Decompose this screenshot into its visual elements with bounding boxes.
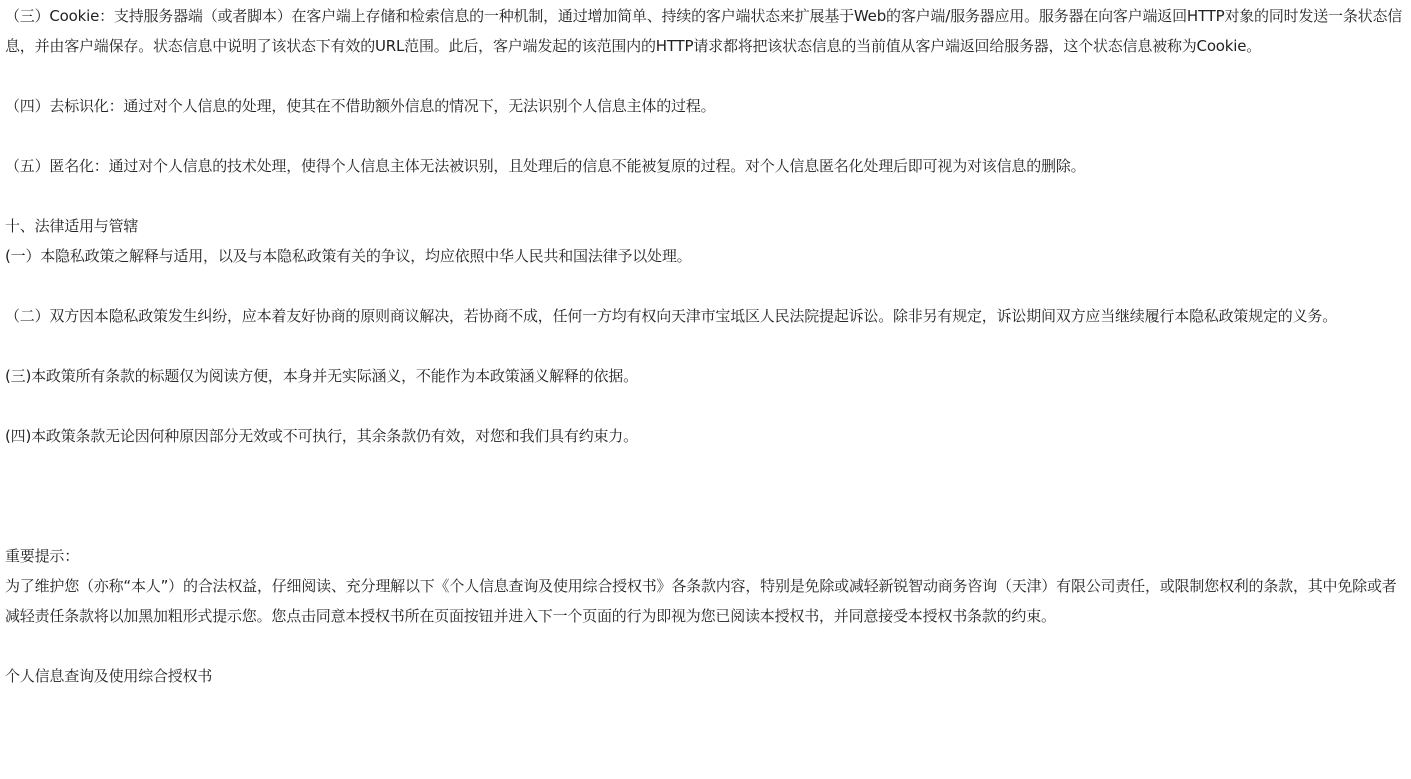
important-notice-text: 为了维护您（亦称“本人”）的合法权益，仔细阅读、充分理解以下《个人信息查询及使用… [5, 571, 1407, 631]
spacer [5, 451, 1407, 541]
deidentification-definition: （四）去标识化：通过对个人信息的处理，使其在不借助额外信息的情况下，无法识别个人… [5, 91, 1407, 121]
spacer [5, 61, 1407, 91]
law-clause-3: (三)本政策所有条款的标题仅为阅读方便，本身并无实际涵义，不能作为本政策涵义解释… [5, 361, 1407, 391]
spacer [5, 391, 1407, 421]
law-clause-4: (四)本政策条款无论因何种原因部分无效或不可执行，其余条款仍有效，对您和我们具有… [5, 421, 1407, 451]
spacer [5, 271, 1407, 301]
section-heading-law: 十、法律适用与管辖 [5, 211, 1407, 241]
document-body: （三）Cookie：支持服务器端（或者脚本）在客户端上存储和检索信息的一种机制，… [0, 0, 1411, 691]
spacer [5, 181, 1407, 211]
law-clause-2: （二）双方因本隐私政策发生纠纷，应本着友好协商的原则商议解决，若协商不成，任何一… [5, 301, 1407, 331]
spacer [5, 331, 1407, 361]
authorization-title: 个人信息查询及使用综合授权书 [5, 661, 1407, 691]
law-clause-1: (一）本隐私政策之解释与适用，以及与本隐私政策有关的争议，均应依照中华人民共和国… [5, 241, 1407, 271]
spacer [5, 121, 1407, 151]
anonymization-definition: （五）匿名化：通过对个人信息的技术处理，使得个人信息主体无法被识别，且处理后的信… [5, 151, 1407, 181]
important-notice-heading: 重要提示： [5, 541, 1407, 571]
spacer [5, 631, 1407, 661]
cookie-definition: （三）Cookie：支持服务器端（或者脚本）在客户端上存储和检索信息的一种机制，… [5, 1, 1407, 61]
